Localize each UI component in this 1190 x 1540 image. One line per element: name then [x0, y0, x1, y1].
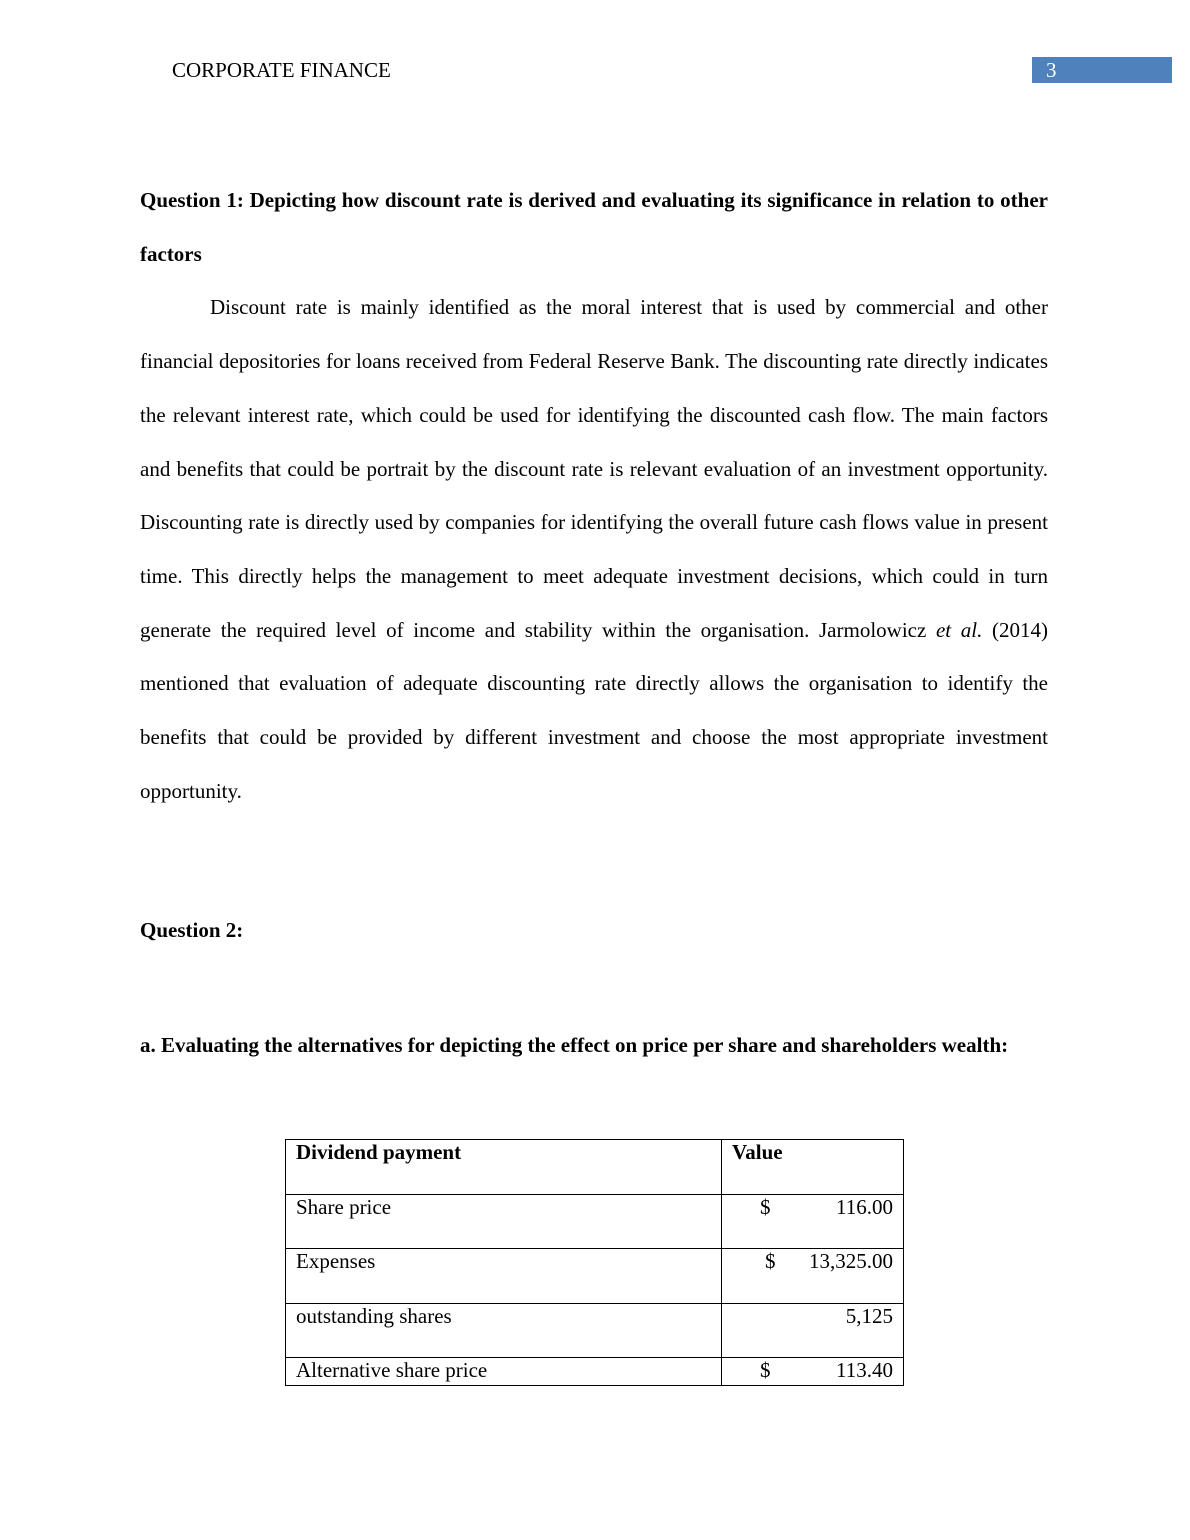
citation-et-al: et al. — [936, 618, 982, 642]
running-header-title: CORPORATE FINANCE — [172, 58, 391, 83]
row-value: 13,325.00 — [809, 1249, 893, 1274]
question-1-section: Question 1: Depicting how discount rate … — [140, 174, 1048, 818]
question-1-paragraph: Discount rate is mainly identified as th… — [140, 281, 1048, 818]
table-header-row: Dividend payment Value — [286, 1140, 904, 1195]
currency-symbol: $ — [732, 1195, 771, 1220]
row-label: Alternative share price — [286, 1358, 722, 1386]
header-dividend-payment: Dividend payment — [286, 1140, 722, 1195]
paragraph-text: Discount rate is mainly identified as th… — [140, 295, 1048, 641]
row-value: 113.40 — [836, 1358, 893, 1383]
currency-symbol: $ — [732, 1358, 771, 1383]
dividend-table: Dividend payment Value Share price $116.… — [285, 1139, 904, 1386]
table-row: Alternative share price $113.40 — [286, 1358, 904, 1386]
row-label: Share price — [286, 1194, 722, 1249]
row-label: Expenses — [286, 1249, 722, 1304]
row-value: 5,125 — [846, 1304, 893, 1329]
row-value-cell: $116.00 — [722, 1194, 904, 1249]
table-row: Share price $116.00 — [286, 1194, 904, 1249]
question-1-heading: Question 1: Depicting how discount rate … — [140, 174, 1048, 281]
row-label: outstanding shares — [286, 1303, 722, 1358]
row-value: 116.00 — [836, 1195, 893, 1220]
paragraph-text-continued: (2014) mentioned that evaluation of adeq… — [140, 618, 1048, 803]
table-row: Expenses $13,325.00 — [286, 1249, 904, 1304]
table-row: outstanding shares 5,125 — [286, 1303, 904, 1358]
question-2-heading: Question 2: — [140, 918, 243, 943]
page-number-badge: 3 — [1032, 57, 1172, 83]
currency-symbol: $ — [732, 1249, 776, 1274]
row-value-cell: $113.40 — [722, 1358, 904, 1386]
question-2a-heading: a. Evaluating the alternatives for depic… — [140, 1019, 1048, 1073]
row-value-cell: 5,125 — [722, 1303, 904, 1358]
row-value-cell: $13,325.00 — [722, 1249, 904, 1304]
header-value: Value — [722, 1140, 904, 1195]
